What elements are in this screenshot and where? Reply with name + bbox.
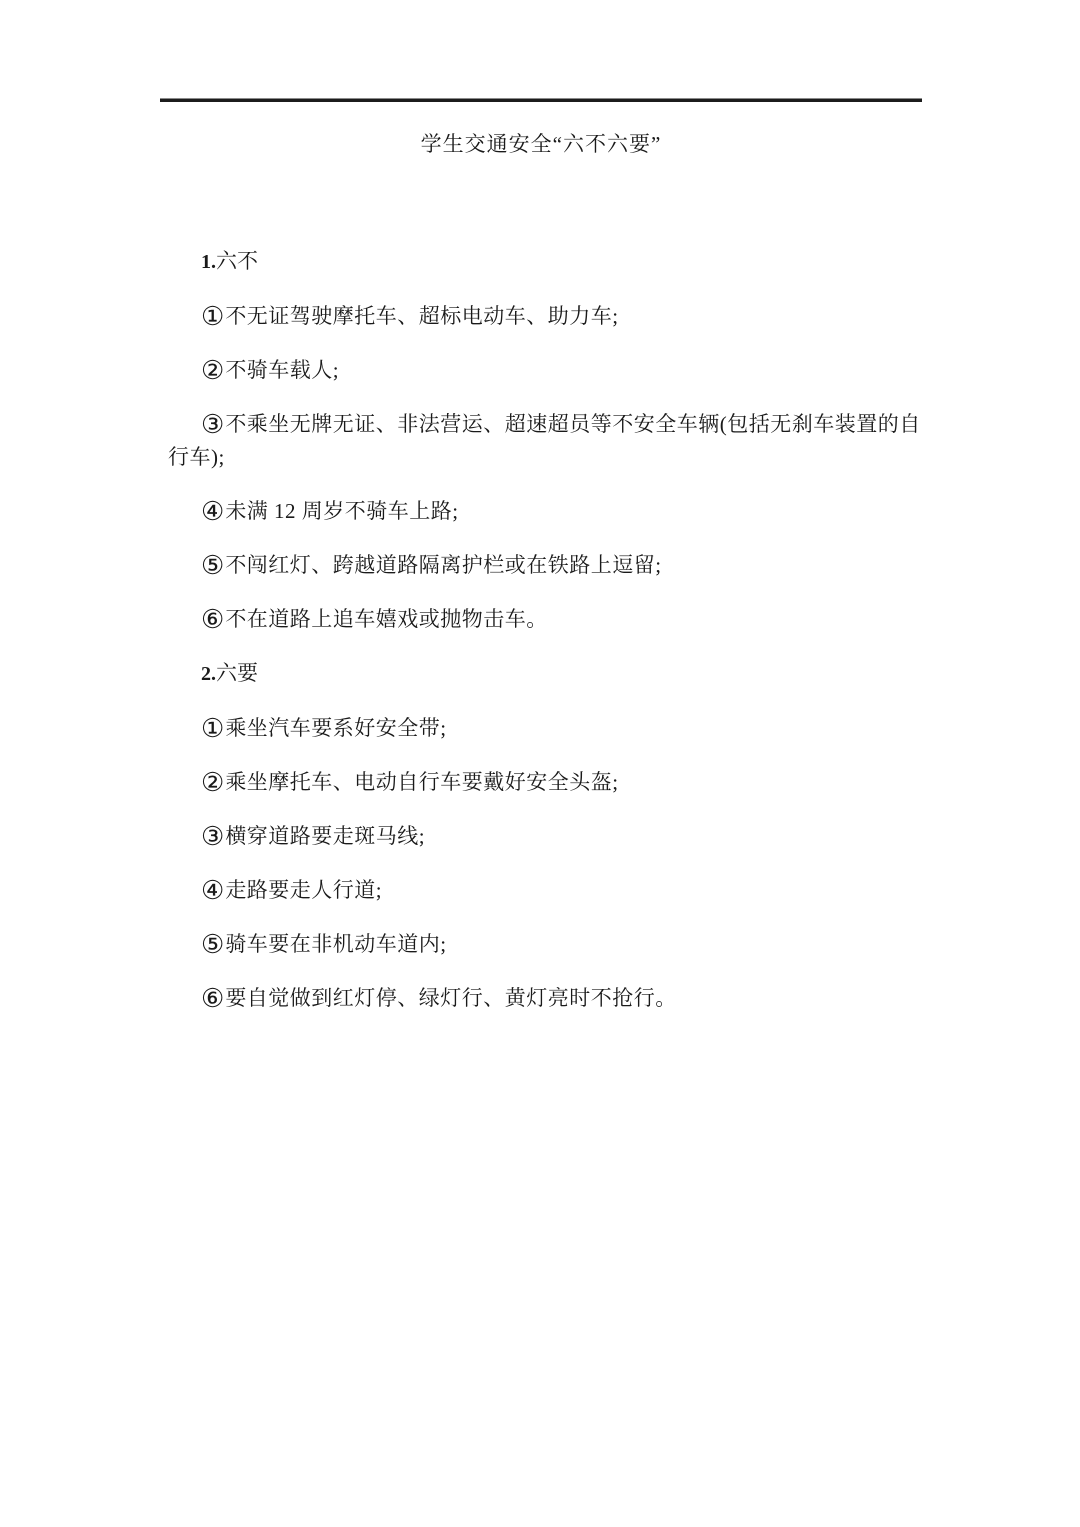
list-item-text: 不在道路上追车嬉戏或抛物击车。 [225,607,548,631]
list-item: ③不乘坐无牌无证、非法营运、超速超员等不安全车辆(包括无刹车装置的自行车); [160,408,922,474]
list-item: ⑤骑车要在非机动车道内; [160,928,922,961]
section-heading-six-dos: 2.六要 [160,657,922,691]
list-item-text: 要自觉做到红灯停、绿灯行、黄灯亮时不抢行。 [225,986,677,1010]
section-heading-label: 六要 [216,661,258,685]
circled-number-icon: ⑥ [201,984,224,1013]
circled-number-icon: ⑥ [201,605,224,634]
list-item-text: 乘坐汽车要系好安全带; [225,716,446,740]
section-heading-label: 六不 [216,249,258,273]
circled-number-icon: ① [201,714,224,743]
circled-number-icon: ④ [201,497,224,526]
list-item: ⑥要自觉做到红灯停、绿灯行、黄灯亮时不抢行。 [160,982,922,1015]
circled-number-icon: ⑤ [201,551,224,580]
list-item-text: 走路要走人行道; [225,878,382,902]
list-item: ②乘坐摩托车、电动自行车要戴好安全头盔; [160,766,922,799]
circled-number-icon: ② [201,768,224,797]
document-page: 学生交通安全“六不六要” 1.六不 ①不无证驾驶摩托车、超标电动车、助力车; ②… [0,0,1080,1527]
header-rule [160,98,922,102]
circled-number-icon: ① [201,302,224,331]
list-item-text: 不骑车载人; [225,358,339,382]
list-item: ⑤不闯红灯、跨越道路隔离护栏或在铁路上逗留; [160,549,922,582]
page-title: 学生交通安全“六不六要” [160,128,922,161]
section-number: 2. [201,663,216,685]
circled-number-icon: ⑤ [201,930,224,959]
circled-number-icon: ③ [201,822,224,851]
circled-number-icon: ③ [201,410,224,439]
list-item-text: 乘坐摩托车、电动自行车要戴好安全头盔; [225,770,618,794]
document-content: 学生交通安全“六不六要” 1.六不 ①不无证驾驶摩托车、超标电动车、助力车; ②… [160,0,922,1015]
list-item: ①乘坐汽车要系好安全带; [160,712,922,745]
list-item-text: 不乘坐无牌无证、非法营运、超速超员等不安全车辆(包括无刹车装置的自行车); [168,412,921,469]
circled-number-icon: ② [201,356,224,385]
section-heading-six-donts: 1.六不 [160,245,922,279]
list-item: ①不无证驾驶摩托车、超标电动车、助力车; [160,300,922,333]
list-item-text: 不闯红灯、跨越道路隔离护栏或在铁路上逗留; [225,553,661,577]
list-item: ②不骑车载人; [160,354,922,387]
list-item-text: 未满 12 周岁不骑车上路; [225,499,458,523]
list-item-text: 不无证驾驶摩托车、超标电动车、助力车; [225,304,618,328]
list-item: ④走路要走人行道; [160,874,922,907]
list-item-text: 横穿道路要走斑马线; [225,824,425,848]
circled-number-icon: ④ [201,876,224,905]
list-item-text: 骑车要在非机动车道内; [225,932,446,956]
list-item: ③横穿道路要走斑马线; [160,820,922,853]
list-item: ⑥不在道路上追车嬉戏或抛物击车。 [160,603,922,636]
list-item: ④未满 12 周岁不骑车上路; [160,495,922,528]
section-number: 1. [201,251,216,273]
